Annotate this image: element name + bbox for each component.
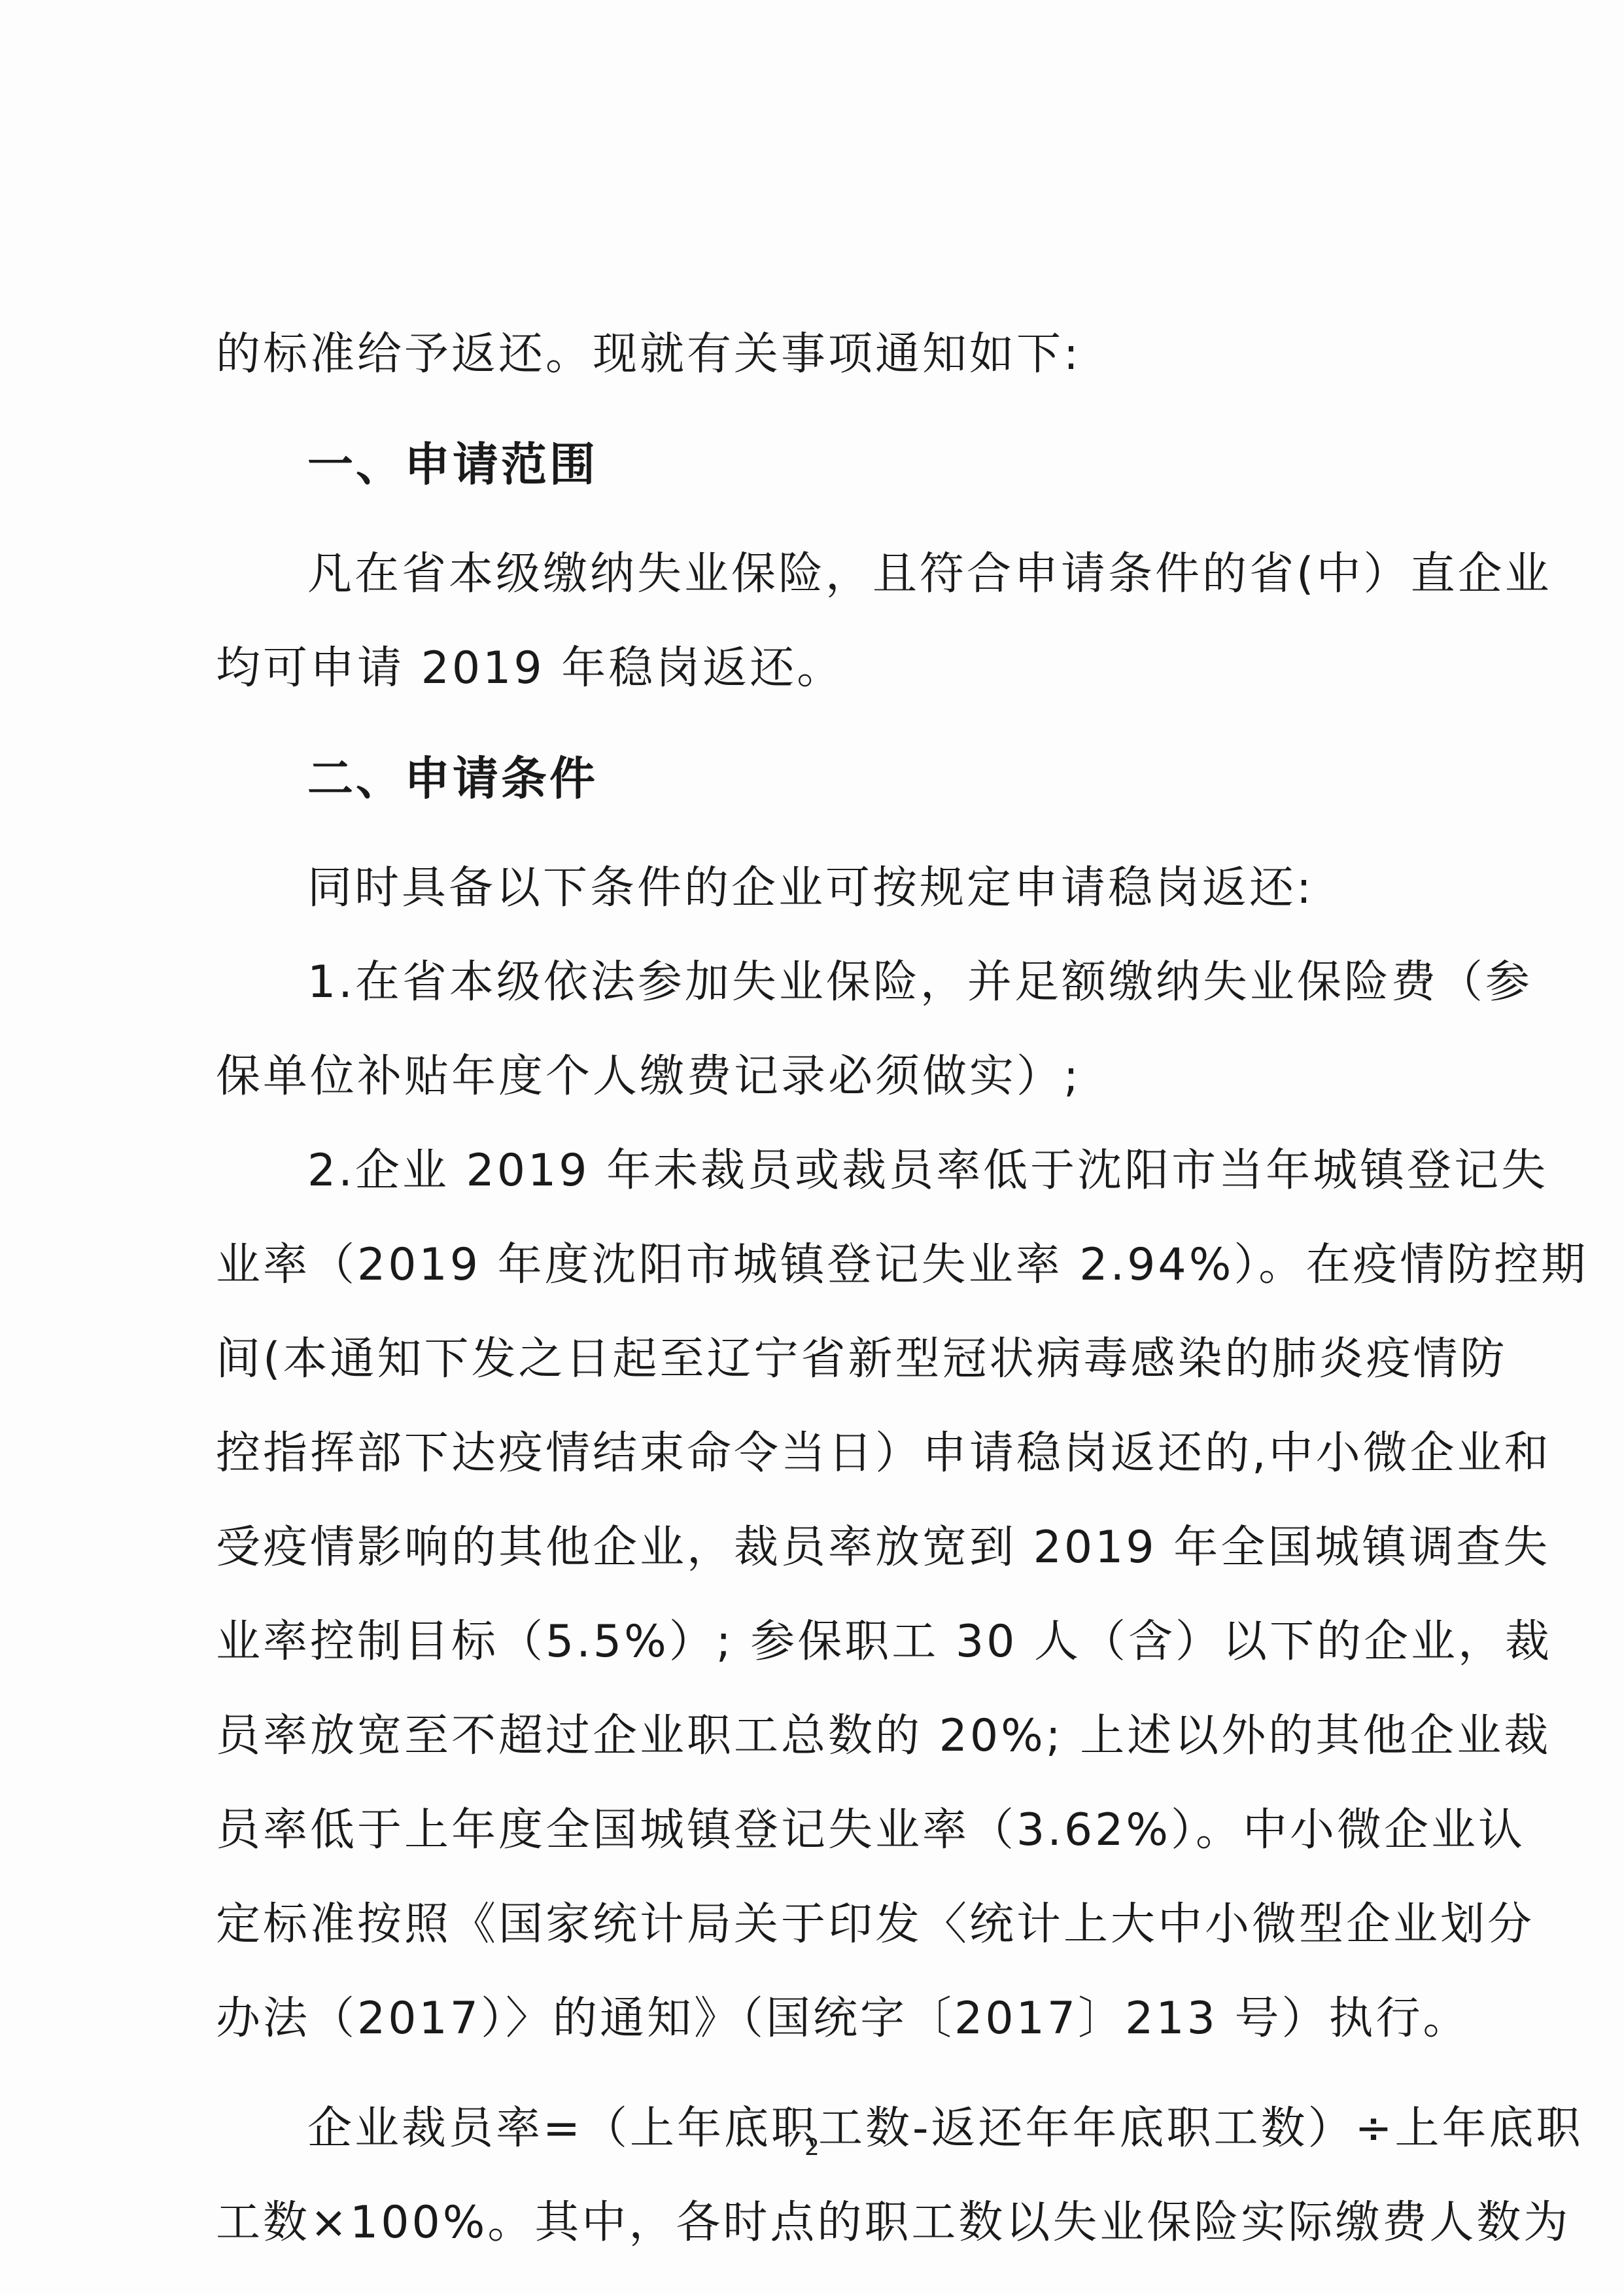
section-heading-scope: 一、申请范围 bbox=[216, 417, 1445, 512]
condition-item-2-line: 定标准按照《国家统计局关于印发〈统计上大中小微型企业划分 bbox=[216, 1878, 1445, 1972]
condition-item-2-line: 业率控制目标（5.5%）; 参保职工 30 人（含）以下的企业，裁 bbox=[216, 1595, 1445, 1689]
condition-item-2-line: 控指挥部下达疫情结束命令当日）申请稳岗返还的,中小微企业和 bbox=[216, 1407, 1445, 1501]
spacer bbox=[216, 826, 1445, 841]
condition-item-2-line: 业率（2019 年度沈阳市城镇登记失业率 2.94%）。在疫情防控期 bbox=[216, 1218, 1445, 1312]
spacer bbox=[216, 402, 1445, 417]
document-page: 的标准给予返还。现就有关事项通知如下: 一、申请范围 凡在省本级缴纳失业保险，且… bbox=[0, 0, 1624, 2295]
section-heading-conditions: 二、申请条件 bbox=[216, 731, 1445, 826]
paragraph-intro-line: 的标准给予返还。现就有关事项通知如下: bbox=[216, 307, 1445, 402]
paragraph-conditions-intro: 同时具备以下条件的企业可按规定申请稳岗返还: bbox=[216, 841, 1445, 936]
condition-item-2-line: 员率低于上年度全国城镇登记失业率（3.62%）。中小微企业认 bbox=[216, 1783, 1445, 1878]
condition-item-2-line: 受疫情影响的其他企业，裁员率放宽到 2019 年全国城镇调查失 bbox=[216, 1501, 1445, 1595]
spacer bbox=[216, 716, 1445, 731]
condition-item-2-line: 2.企业 2019 年未裁员或裁员率低于沈阳市当年城镇登记失 bbox=[216, 1124, 1445, 1218]
condition-item-1-line: 保单位补贴年度个人缴费记录必须做实）; bbox=[216, 1030, 1445, 1124]
paragraph-scope-line: 凡在省本级缴纳失业保险，且符合申请条件的省(中）直企业 bbox=[216, 527, 1445, 622]
document-body: 的标准给予返还。现就有关事项通知如下: 一、申请范围 凡在省本级缴纳失业保险，且… bbox=[216, 307, 1445, 2270]
spacer bbox=[216, 2066, 1445, 2082]
condition-item-2-line: 间(本通知下发之日起至辽宁省新型冠状病毒感染的肺炎疫情防 bbox=[216, 1312, 1445, 1407]
condition-item-2-line: 员率放宽至不超过企业职工总数的 20%; 上述以外的其他企业裁 bbox=[216, 1689, 1445, 1783]
page-number: 2 bbox=[0, 2134, 1624, 2161]
condition-item-2-line: 办法（2017）〉的通知》（国统字〔2017〕213 号）执行。 bbox=[216, 1972, 1445, 2066]
formula-paragraph-line: 企业裁员率=（上年底职工数-返还年年底职工数）÷上年底职 bbox=[216, 2082, 1445, 2176]
spacer bbox=[216, 512, 1445, 527]
paragraph-scope-line: 均可申请 2019 年稳岗返还。 bbox=[216, 622, 1445, 716]
formula-paragraph-line: 工数×100%。其中，各时点的职工数以失业保险实际缴费人数为 bbox=[216, 2176, 1445, 2270]
condition-item-1-line: 1.在省本级依法参加失业保险，并足额缴纳失业保险费（参 bbox=[216, 936, 1445, 1030]
